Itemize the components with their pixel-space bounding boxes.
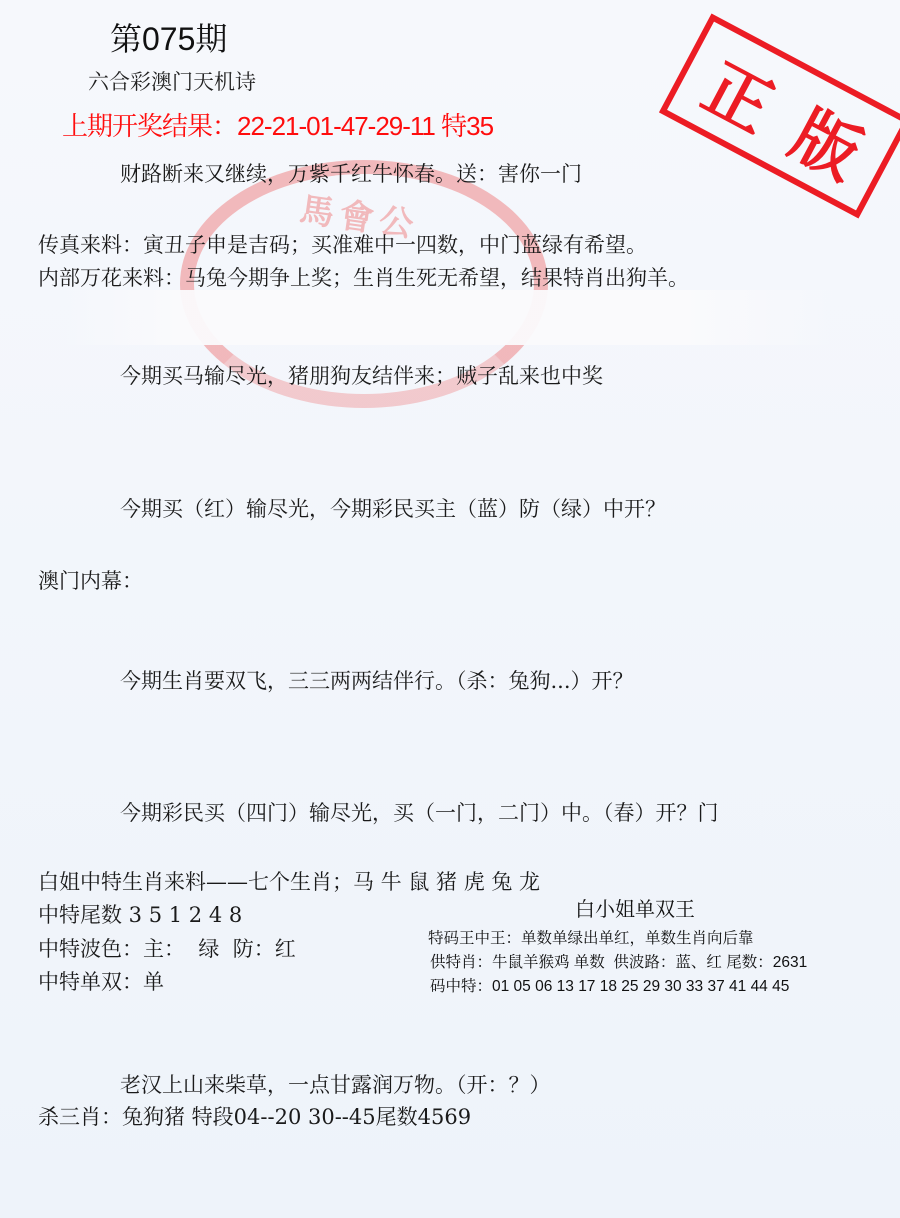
- inside-material: 内部万花来料：马兔今期争上奖；生肖生死无希望，结果特肖出狗羊。: [38, 262, 689, 292]
- fax-material: 传真来料：寅丑子申是吉码；买准难中一四数，中门蓝绿有希望。: [38, 229, 647, 259]
- kill-three-zodiac: 杀三肖：兔狗猪 特段04--20 30--45尾数4569: [38, 1101, 471, 1131]
- tail-numbers: 中特尾数 3 5 1 2 4 8: [38, 899, 242, 929]
- box-line-2: 供特肖：牛鼠羊猴鸡 单数 供波路：蓝、红 尾数：2631: [430, 950, 807, 972]
- box-line-1: 特码王中王：单数单绿出单红，单数生肖向后靠: [428, 926, 754, 948]
- poem-line-2: 今期买马输尽光，猪朋狗友结伴来；贼子乱来也中奖: [120, 360, 603, 390]
- poem-line-3: 今期买（红）输尽光，今期彩民买主（蓝）防（绿）中开？: [120, 493, 666, 523]
- poem-line-1: 财路断来又继续，万紫千红牛怀春。送：害你一门: [120, 158, 582, 188]
- subtitle: 六合彩澳门天机诗: [88, 66, 256, 96]
- document-page: 馬會公 第075期 六合彩澳门天机诗 上期开奖结果：22-21-01-47-29…: [0, 0, 900, 1218]
- seven-zodiac: 白姐中特生肖来料——七个生肖；马 牛 鼠 猪 虎 兔 龙: [38, 866, 540, 896]
- box-line-3: 码中特：01 05 06 13 17 18 25 29 30 33 37 41 …: [430, 974, 789, 996]
- box-title: 白小姐单双王: [575, 893, 695, 922]
- stamp-char-1: 正: [689, 35, 792, 150]
- poem-line-5: 今期彩民买（四门）输尽光，买（一门，二门）中。（春）开？门: [120, 797, 719, 827]
- poem-line-6: 老汉上山来柴草，一点甘露润万物。（开：？）: [120, 1069, 551, 1099]
- wave-color: 中特波色：主： 绿 防：红: [38, 933, 296, 963]
- macau-inside-label: 澳门内幕：: [38, 565, 143, 595]
- stamp-char-2: 版: [778, 82, 881, 197]
- poem-line-4: 今期生肖要双飞，三三两两结伴行。（杀：兔狗...）开？: [120, 665, 634, 695]
- last-draw-result: 上期开奖结果：22-21-01-47-29-11 特35: [62, 106, 493, 143]
- genuine-stamp: 正 版: [659, 14, 900, 219]
- odd-even: 中特单双：单: [38, 966, 164, 996]
- issue-number: 第075期: [110, 14, 227, 60]
- blurred-region: [60, 290, 840, 345]
